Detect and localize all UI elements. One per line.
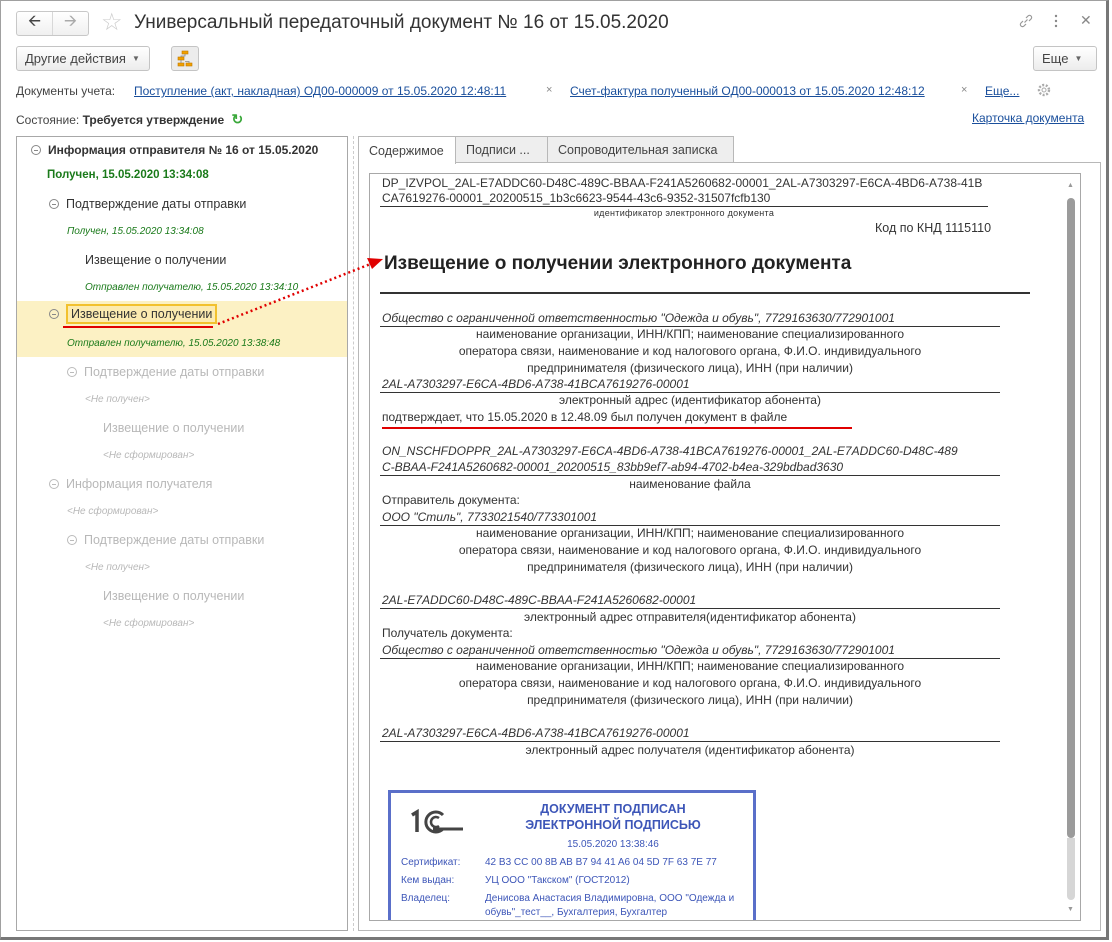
file-name-line-2: C-BBAA-F241A5260682-00001_20200515_83bb9… <box>382 460 843 474</box>
collapse-icon[interactable] <box>67 367 77 377</box>
sender-label: Отправитель документа: <box>382 493 520 507</box>
other-actions-label: Другие действия <box>25 51 126 66</box>
org-caption-2: оператора связи, наименование и код нало… <box>380 543 1000 557</box>
more-button[interactable]: Еще ▼ <box>1033 46 1097 71</box>
org-caption-2: оператора связи, наименование и код нало… <box>380 344 1000 358</box>
state-row: Состояние: Требуется утверждение ↻ <box>16 111 243 128</box>
tree-item-status: Получен, 15.05.2020 13:34:08 <box>67 226 397 237</box>
divider <box>380 292 1030 294</box>
receipt-document-link[interactable]: Поступление (акт, накладная) ОД00-000009… <box>134 84 506 98</box>
tree-item-send-date-confirmation[interactable]: Подтверждение даты отправки <box>49 197 379 211</box>
org-caption-3: предпринимателя (физического лица), ИНН … <box>380 361 1000 375</box>
collapse-icon[interactable] <box>49 479 59 489</box>
scroll-up-icon[interactable]: ▲ <box>1067 182 1074 189</box>
document-structure-button[interactable] <box>171 46 199 71</box>
file-name-line-1: ON_NSCHFDOPPR_2AL-A7303297-E6CA-4BD6-A73… <box>382 444 958 458</box>
sender-address-caption: электронный адрес отправителя(идентифика… <box>380 610 1000 624</box>
owner-label: Владелец: <box>401 893 450 904</box>
invoice-document-link[interactable]: Счет-фактура полученный ОД00-000013 от 1… <box>570 84 925 98</box>
tree-item-receiver-info[interactable]: Информация получателя <box>49 477 379 491</box>
receiver-address: 2AL-A7303297-E6CA-4BD6-A738-41BCA7619276… <box>382 726 690 740</box>
scroll-down-icon[interactable]: ▼ <box>1067 906 1074 913</box>
other-actions-button[interactable]: Другие действия ▼ <box>16 46 150 71</box>
document-window: 🡨 🡪 ☆ Универсальный передаточный докумен… <box>0 0 1109 940</box>
sender-address: 2AL-E7ADDC60-D48C-489C-BBAA-F241A5260682… <box>382 593 696 607</box>
org-caption-1: наименование организации, ИНН/КПП; наиме… <box>380 659 1000 673</box>
tab-cover-note[interactable]: Сопроводительная записка <box>547 136 734 163</box>
divider <box>380 475 1000 476</box>
favorite-star-icon[interactable]: ☆ <box>101 9 123 37</box>
stamp-title-line-1: ДОКУМЕНТ ПОДПИСАН <box>513 801 713 817</box>
tree-item-title: Подтверждение даты отправки <box>84 365 264 379</box>
tree-item-sender-info[interactable]: Информация отправителя № 16 от 15.05.202… <box>31 143 361 157</box>
stamp-title: ДОКУМЕНТ ПОДПИСАН ЭЛЕКТРОННОЙ ПОДПИСЬЮ <box>513 801 713 833</box>
annotation-underline <box>382 427 852 429</box>
remove-receipt-link-icon[interactable]: × <box>546 84 552 96</box>
collapse-icon[interactable] <box>67 535 77 545</box>
owner-value-line-2: обувь"_тест__, Бухгалтерия, Бухгалтер <box>485 907 667 918</box>
tree-item-status: <Не сформирован> <box>67 506 397 517</box>
tree-item-title: Подтверждение даты отправки <box>84 533 264 547</box>
more-label: Еще <box>1042 51 1068 66</box>
document-flow-tree: Информация отправителя № 16 от 15.05.202… <box>16 136 348 931</box>
org-caption-2: оператора связи, наименование и код нало… <box>380 676 1000 690</box>
owner-value-line-1: Денисова Анастасия Владимировна, ООО "Од… <box>485 893 734 904</box>
1c-logo-icon <box>409 807 467 838</box>
receiver-name: Общество с ограниченной ответственностью… <box>382 643 895 657</box>
gear-icon[interactable] <box>1036 82 1052 101</box>
remove-invoice-link-icon[interactable]: × <box>961 84 967 96</box>
file-name-caption: наименование файла <box>380 477 1000 491</box>
more-docs-link[interactable]: Еще... <box>985 84 1019 98</box>
tree-item-receipt-notice-selected[interactable]: Извещение о получении <box>49 307 379 321</box>
collapse-icon[interactable] <box>49 199 59 209</box>
content-tabs: Содержимое Подписи ... Сопроводительная … <box>358 136 1101 931</box>
cert-label: Сертификат: <box>401 857 460 868</box>
state-label: Состояние: <box>16 113 79 127</box>
arrow-right-icon: 🡪 <box>64 10 77 37</box>
tree-item-title: Информация получателя <box>66 477 212 491</box>
org-caption-1: наименование организации, ИНН/КПП; наиме… <box>380 526 1000 540</box>
issuer-label: Кем выдан: <box>401 875 454 886</box>
org-caption-3: предпринимателя (физического лица), ИНН … <box>380 693 1000 707</box>
stamp-date: 15.05.2020 13:38:46 <box>513 839 713 850</box>
tree-item-title: Информация отправителя № 16 от 15.05.202… <box>48 143 318 157</box>
collapse-icon[interactable] <box>49 309 59 319</box>
hierarchy-tree-icon <box>176 50 194 68</box>
window-title: Универсальный передаточный документ № 16… <box>134 12 669 34</box>
tab-signatures[interactable]: Подписи ... <box>455 136 548 163</box>
accounting-docs-label: Документы учета: <box>16 84 115 98</box>
navigation-buttons: 🡨 🡪 <box>16 11 89 36</box>
annotation-underline <box>63 326 213 328</box>
divider <box>380 206 988 207</box>
tab-content-panel: DP_IZVPOL_2AL-E7ADDC60-D48C-489C-BBAA-F2… <box>358 162 1101 931</box>
arrow-left-icon: 🡨 <box>28 10 41 37</box>
divider <box>380 608 1000 609</box>
electronic-address-caption: электронный адрес (идентификатор абонент… <box>380 393 1000 407</box>
chevron-down-icon: ▼ <box>1074 54 1082 63</box>
focused-tree-item-title: Извещение о получении <box>66 304 217 324</box>
document-preview: DP_IZVPOL_2AL-E7ADDC60-D48C-489C-BBAA-F2… <box>369 173 1081 921</box>
electronic-signature-stamp: ДОКУМЕНТ ПОДПИСАН ЭЛЕКТРОННОЙ ПОДПИСЬЮ 1… <box>388 790 756 921</box>
org-caption-3: предпринимателя (физического лица), ИНН … <box>380 560 1000 574</box>
stamp-title-line-2: ЭЛЕКТРОННОЙ ПОДПИСЬЮ <box>513 817 713 833</box>
organization-name: Общество с ограниченной ответственностью… <box>382 311 895 325</box>
receipt-confirmation-text: подтверждает, что 15.05.2020 в 12.48.09 … <box>382 410 787 424</box>
tree-item-send-date-confirmation[interactable]: Подтверждение даты отправки <box>67 365 397 379</box>
receiver-label: Получатель документа: <box>382 626 513 640</box>
forward-button[interactable]: 🡪 <box>52 12 88 35</box>
state-value: Требуется утверждение <box>83 113 225 127</box>
tree-item-title: Подтверждение даты отправки <box>66 197 246 211</box>
panel-splitter[interactable] <box>353 136 354 931</box>
tree-item-status: Получен, 15.05.2020 13:34:08 <box>47 169 377 181</box>
divider <box>380 741 1000 742</box>
close-icon[interactable]: ✕ <box>1080 12 1092 29</box>
electronic-address: 2AL-A7303297-E6CA-4BD6-A738-41BCA7619276… <box>382 377 690 391</box>
issuer-value: УЦ ООО "Такском" (ГОСТ2012) <box>485 875 630 886</box>
refresh-icon[interactable]: ↻ <box>232 111 244 127</box>
document-heading: Извещение о получении электронного докум… <box>384 253 851 275</box>
doc-id-line-2: CA7619276-00001_20200515_1b3c6623-9544-4… <box>382 191 770 205</box>
knd-code: Код по КНД 1115110 <box>875 221 991 235</box>
document-card-link[interactable]: Карточка документа <box>972 111 1084 125</box>
collapse-icon[interactable] <box>31 145 41 155</box>
tree-item-status: Отправлен получателю, 15.05.2020 13:38:4… <box>67 338 397 349</box>
scrollbar-thumb[interactable] <box>1067 198 1075 838</box>
tab-content[interactable]: Содержимое <box>358 136 456 164</box>
sender-name: ООО "Стиль", 7733021540/773301001 <box>382 510 597 524</box>
more-vertical-icon[interactable] <box>1053 14 1059 32</box>
receiver-address-caption: электронный адрес получателя (идентифика… <box>380 743 1000 757</box>
doc-id-line-1: DP_IZVPOL_2AL-E7ADDC60-D48C-489C-BBAA-F2… <box>382 176 982 190</box>
tree-item-send-date-confirmation[interactable]: Подтверждение даты отправки <box>67 533 397 547</box>
doc-id-caption: идентификатор электронного документа <box>380 208 988 218</box>
chevron-down-icon: ▼ <box>132 54 140 63</box>
org-caption-1: наименование организации, ИНН/КПП; наиме… <box>380 327 1000 341</box>
vertical-scrollbar[interactable]: ▲ ▼ <box>1066 178 1076 918</box>
scrollbar-track[interactable] <box>1067 838 1075 900</box>
back-button[interactable]: 🡨 <box>17 12 52 35</box>
cert-value: 42 B3 CC 00 8B AB B7 94 41 A6 04 5D 7F 6… <box>485 857 717 868</box>
link-icon[interactable] <box>1018 13 1034 33</box>
